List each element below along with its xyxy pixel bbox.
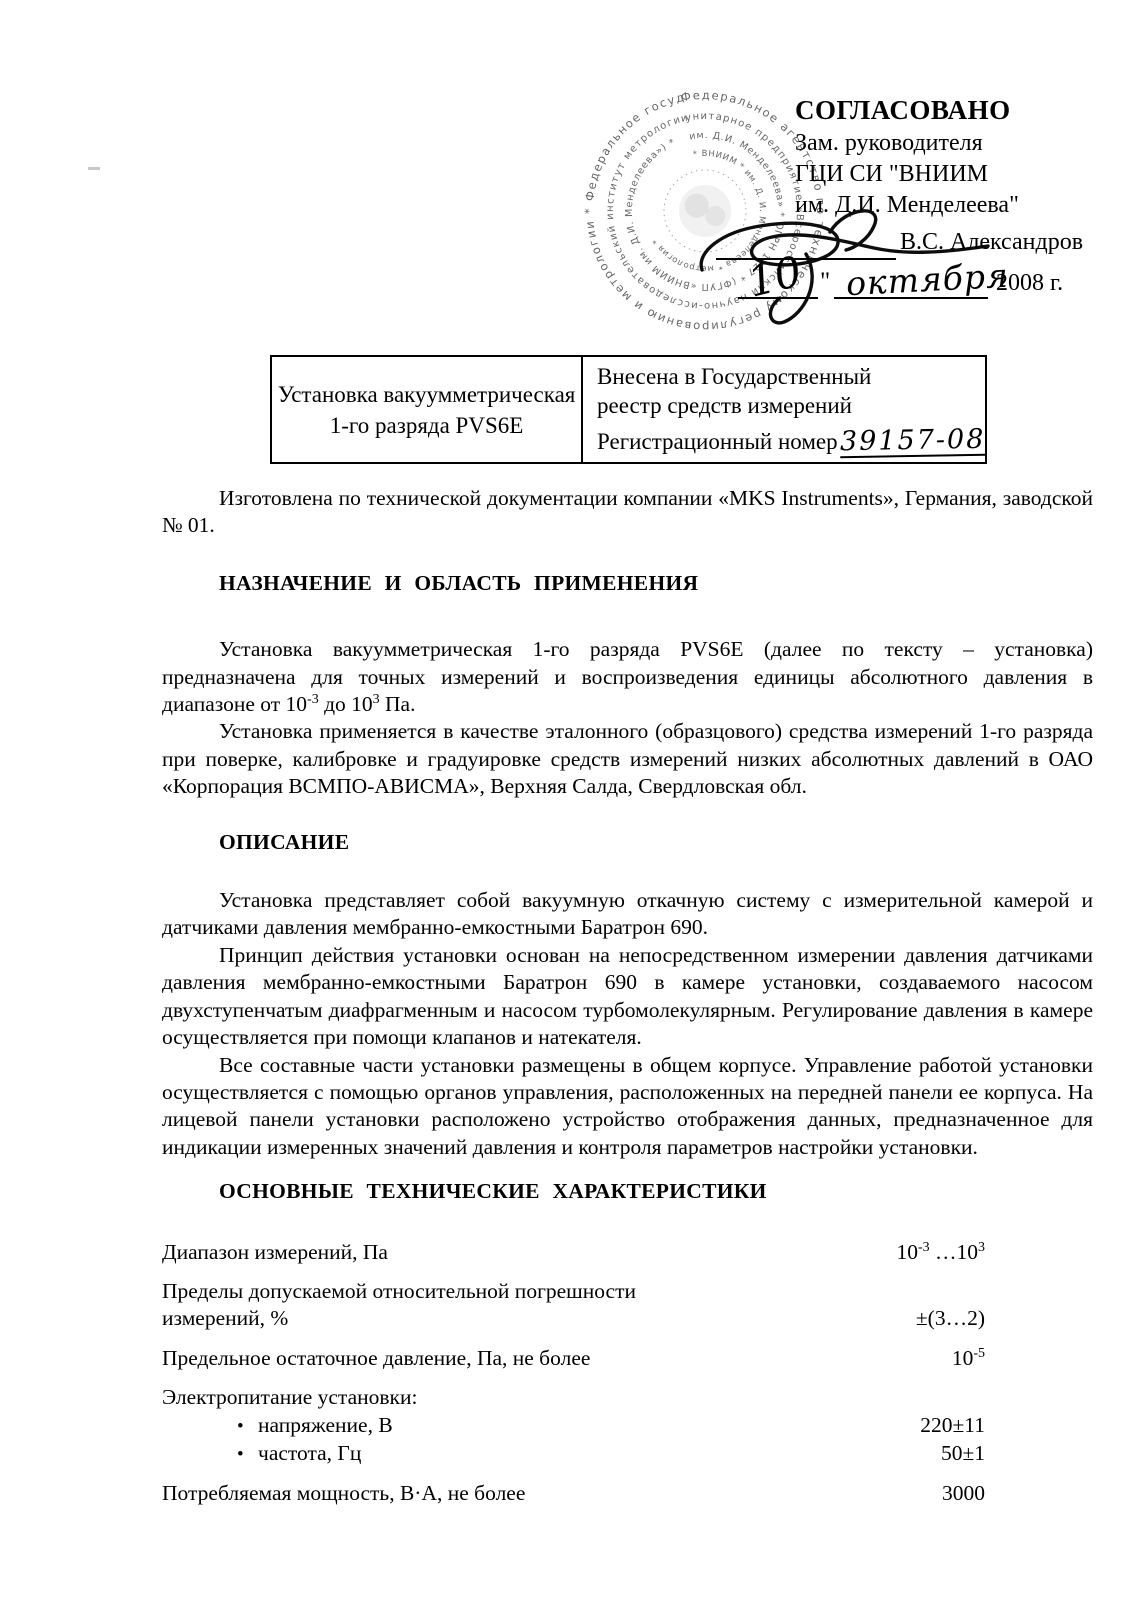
section-heading-specs: ОСНОВНЫЕ ТЕХНИЧЕСКИЕ ХАРАКТЕРИСТИКИ <box>219 1178 1093 1205</box>
approval-title: СОГЛАСОВАНО <box>795 95 1125 126</box>
spec-row-voltage: •напряжение, В 220±11 <box>162 1412 985 1440</box>
registration-number-row: Регистрационный номер39157-08 <box>597 426 985 457</box>
bullet-icon: • <box>237 1413 258 1440</box>
registry-line-2: реестр средств измерений <box>597 391 985 420</box>
spec-label: Потребляемая мощность, В·А, не более <box>162 1480 525 1507</box>
spec-value: ±(3…2) <box>916 1305 985 1332</box>
registration-number-label: Регистрационный номер <box>597 429 838 454</box>
date-month-underline <box>834 297 988 299</box>
date-year: 2008 г. <box>996 270 1063 297</box>
spec-group-power-supply: Электропитание установки: <box>162 1384 985 1411</box>
date-quote-mark: " <box>820 268 830 296</box>
description-paragraph-1: Установка представляет собой вакуумную о… <box>162 887 1093 942</box>
section-heading-description: ОПИСАНИЕ <box>219 829 1093 856</box>
date-day-underline <box>738 297 818 299</box>
spec-value: 10-5 <box>952 1345 985 1372</box>
spec-label: •частота, Гц <box>162 1440 361 1468</box>
intro-paragraph: Изготовлена по технической документации … <box>162 485 1093 540</box>
registry-line-1: Внесена в Государственный <box>597 362 985 391</box>
instrument-name-cell: Установка вакуумметрическая 1-го разряда… <box>272 357 583 462</box>
approval-org-line: ГЦИ СИ "ВНИИМ <box>795 159 1125 190</box>
purpose-paragraph-2: Установка применяется в качестве эталонн… <box>162 718 1093 800</box>
spec-value: 50±1 <box>941 1440 985 1468</box>
registration-table: Установка вакуумметрическая 1-го разряда… <box>270 355 987 464</box>
section-heading-purpose: НАЗНАЧЕНИЕ И ОБЛАСТЬ ПРИМЕНЕНИЯ <box>219 570 1093 597</box>
spec-label: Электропитание установки: <box>162 1384 417 1411</box>
approval-role-line: Зам. руководителя <box>795 128 1125 159</box>
spec-row-frequency: •частота, Гц 50±1 <box>162 1440 985 1468</box>
bullet-icon: • <box>237 1441 258 1468</box>
spec-row-residual-pressure: Предельное остаточное давление, Па, не б… <box>162 1345 985 1372</box>
spec-row-error-limits: Пределы допускаемой относительной погреш… <box>162 1278 985 1333</box>
spec-label: Пределы допускаемой относительной погреш… <box>162 1278 636 1333</box>
spec-label-text: напряжение, В <box>258 1413 393 1437</box>
purpose-paragraph-1: Установка вакуумметрическая 1-го разряда… <box>162 636 1093 718</box>
specs-list: Диапазон измерений, Па 10-3 …103 Пределы… <box>162 1239 985 1508</box>
spec-row-power-consumption: Потребляемая мощность, В·А, не более 300… <box>162 1480 985 1507</box>
spec-label: Предельное остаточное давление, Па, не б… <box>162 1345 590 1372</box>
scan-artifact-dash <box>88 167 100 170</box>
spec-row-range: Диапазон измерений, Па 10-3 …103 <box>162 1239 985 1266</box>
signer-name: В.С. Александров <box>900 229 1083 256</box>
spec-value: 3000 <box>942 1480 985 1507</box>
instrument-name-line-2: 1-го разряда PVS6E <box>330 410 524 441</box>
document-page: Федеральное агентство по техническому ре… <box>0 0 1142 1603</box>
spec-label: Диапазон измерений, Па <box>162 1239 388 1266</box>
spec-value: 10-3 …103 <box>896 1239 985 1266</box>
spec-label-line-1: Пределы допускаемой относительной погреш… <box>162 1278 636 1305</box>
spec-label-text: частота, Гц <box>258 1441 361 1465</box>
document-body: Изготовлена по технической документации … <box>162 485 1093 1520</box>
description-paragraph-3: Все составные части установки размещены … <box>162 1052 1093 1162</box>
registry-cell: Внесена в Государственный реестр средств… <box>583 357 985 462</box>
description-paragraph-2: Принцип действия установки основан на не… <box>162 942 1093 1052</box>
spec-label: •напряжение, В <box>162 1412 393 1440</box>
spec-label-line-2: измерений, % <box>162 1305 636 1332</box>
handwritten-registration-number: 39157-08 <box>839 425 985 459</box>
instrument-name-line-1: Установка вакуумметрическая <box>278 379 576 410</box>
spec-value: 220±11 <box>920 1412 985 1440</box>
